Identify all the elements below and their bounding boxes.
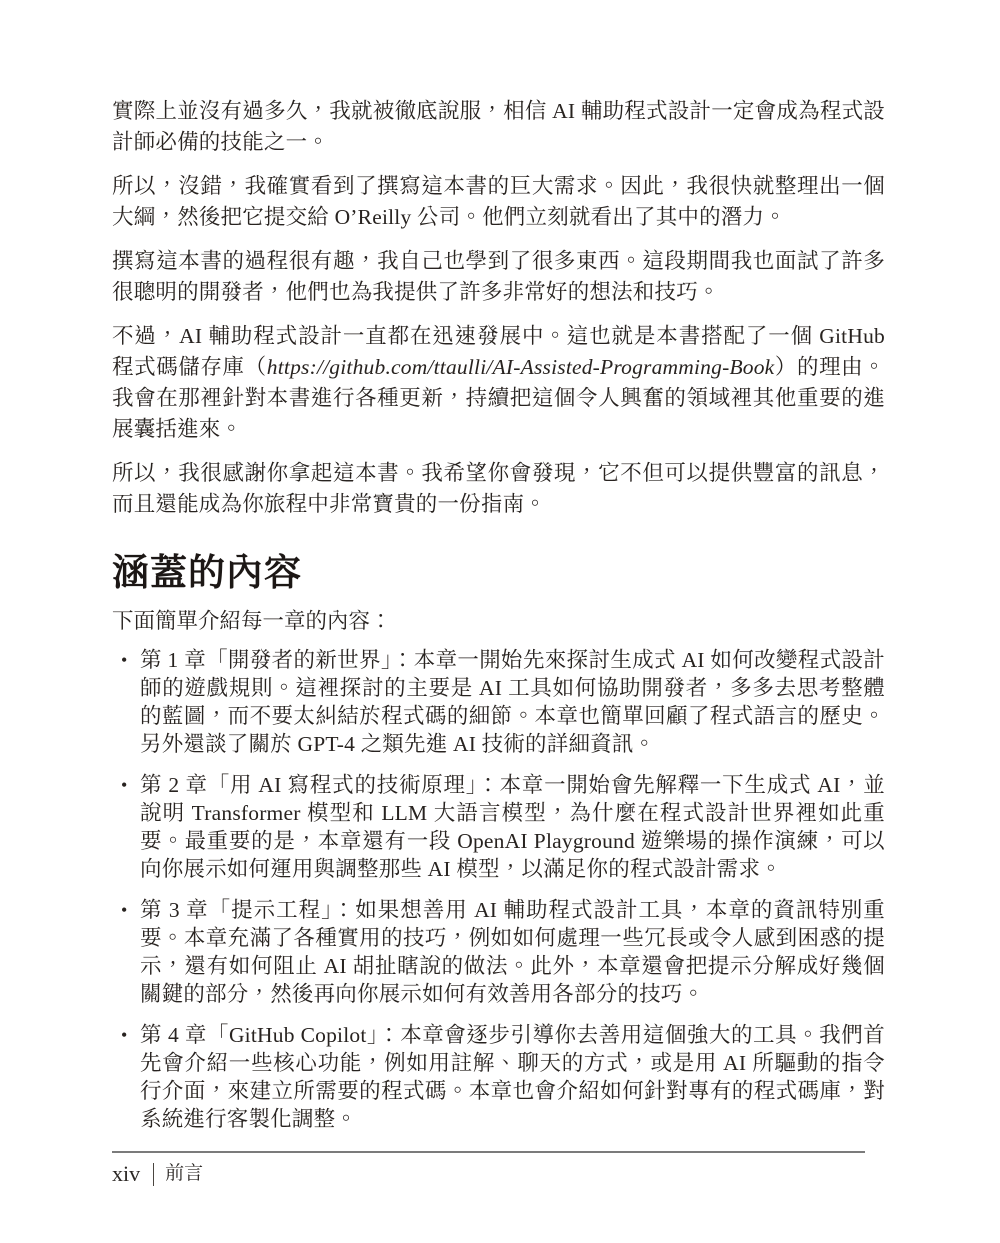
chapter-description: 第 3 章「提示工程」：如果想善用 AI 輔助程式設計工具，本章的資訊特別重要。… (140, 896, 885, 1008)
chapter-description: 第 4 章「GitHub Copilot」：本章會逐步引導你去善用這個強大的工具… (140, 1021, 885, 1133)
bullet-icon: • (112, 771, 140, 799)
chapter-list: • 第 1 章「開發者的新世界」：本章一開始先來探討生成式 AI 如何改變程式設… (112, 646, 885, 1133)
body-paragraph: 所以，沒錯，我確實看到了撰寫這本書的巨大需求。因此，我很快就整理出一個大綱，然後… (112, 171, 885, 233)
chapter-label: 前言 (165, 1162, 203, 1186)
body-paragraph: 所以，我很感謝你拿起這本書。我希望你會發現，它不但可以提供豐富的訊息，而且還能成… (112, 458, 885, 520)
chapter-item: • 第 4 章「GitHub Copilot」：本章會逐步引導你去善用這個強大的… (112, 1021, 885, 1133)
chapter-item: • 第 1 章「開發者的新世界」：本章一開始先來探討生成式 AI 如何改變程式設… (112, 646, 885, 758)
chapter-description: 第 1 章「開發者的新世界」：本章一開始先來探討生成式 AI 如何改變程式設計師… (140, 646, 885, 758)
bullet-icon: • (112, 896, 140, 924)
body-paragraph: 不過，AI 輔助程式設計一直都在迅速發展中。這也就是本書搭配了一個 GitHub… (112, 321, 885, 445)
chapter-description: 第 2 章「用 AI 寫程式的技術原理」：本章一開始會先解釋一下生成式 AI，並… (140, 771, 885, 883)
footer-row: xiv 前言 (112, 1162, 865, 1186)
footer-divider (153, 1163, 154, 1186)
section-heading: 涵蓋的內容 (112, 550, 885, 596)
page-content: 實際上並沒有過多久，我就被徹底說服，相信 AI 輔助程式設計一定會成為程式設計師… (112, 0, 885, 1146)
page-footer: xiv 前言 (112, 1151, 865, 1186)
chapter-item: • 第 2 章「用 AI 寫程式的技術原理」：本章一開始會先解釋一下生成式 AI… (112, 771, 885, 883)
page-number: xiv (112, 1162, 140, 1186)
chapter-item: • 第 3 章「提示工程」：如果想善用 AI 輔助程式設計工具，本章的資訊特別重… (112, 896, 885, 1008)
book-page: 實際上並沒有過多久，我就被徹底說服，相信 AI 輔助程式設計一定會成為程式設計師… (0, 0, 1000, 1243)
bullet-icon: • (112, 1021, 140, 1049)
github-repo-url: https://github.com/ttaulli/AI-Assisted-P… (267, 355, 775, 379)
body-paragraph: 實際上並沒有過多久，我就被徹底說服，相信 AI 輔助程式設計一定會成為程式設計師… (112, 96, 885, 158)
body-paragraph: 撰寫這本書的過程很有趣，我自己也學到了很多東西。這段期間我也面試了許多很聰明的開… (112, 246, 885, 308)
section-intro: 下面簡單介紹每一章的內容： (112, 606, 885, 637)
bullet-icon: • (112, 646, 140, 674)
